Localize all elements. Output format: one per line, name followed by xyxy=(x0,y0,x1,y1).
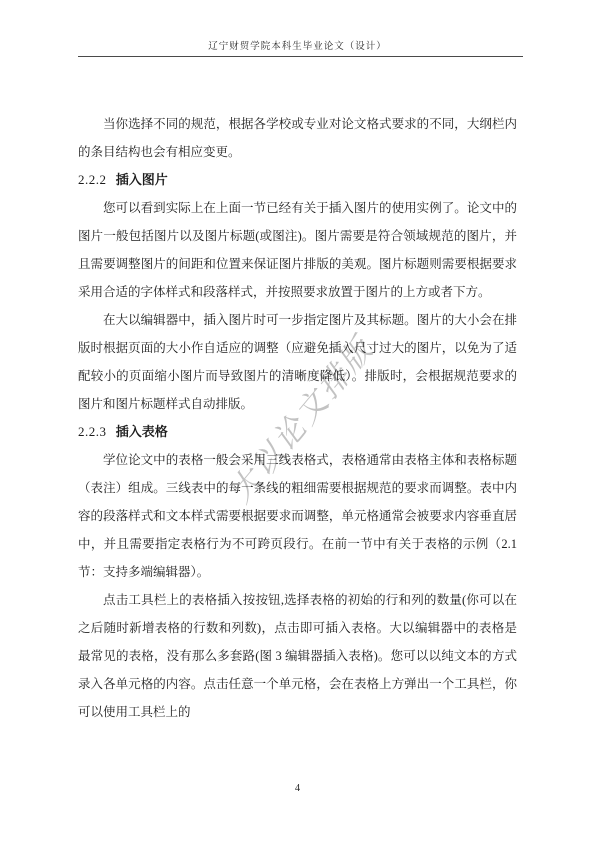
header-title: 辽宁财贸学院本科生毕业论文（设计） xyxy=(208,42,387,52)
section-number: 2.2.2 xyxy=(78,172,107,187)
section-title: 插入图片 xyxy=(116,172,168,187)
document-page: 辽宁财贸学院本科生毕业论文（设计） 大以论文排版 当你选择不同的规范，根据各学校… xyxy=(0,0,595,842)
page-body: 当你选择不同的规范，根据各学校或专业对论文格式要求的不同，大纲栏内的条目结构也会… xyxy=(78,110,517,726)
paragraph-table-1: 学位论文中的表格一般会采用三线表格式，表格通常由表格主体和表格标题（表注）组成。… xyxy=(78,446,517,586)
page-number: 4 xyxy=(295,783,300,794)
paragraph-image-2: 在大以编辑器中，插入图片时可一步指定图片及其标题。图片的大小会在排版时根据页面的… xyxy=(78,306,517,418)
paragraph-image-1: 您可以看到实际上在上面一节已经有关于插入图片的使用实例了。论文中的图片一般包括图… xyxy=(78,194,517,306)
running-header: 辽宁财贸学院本科生毕业论文（设计） xyxy=(78,36,517,54)
header-rule xyxy=(78,56,523,57)
section-heading-insert-table: 2.2.3 插入表格 xyxy=(78,418,517,446)
section-number: 2.2.3 xyxy=(78,424,107,439)
paragraph-table-2: 点击工具栏上的表格插入按按钮,选择表格的初始的行和列的数量(你可以在之后随时新增… xyxy=(78,586,517,726)
section-heading-insert-image: 2.2.2 插入图片 xyxy=(78,166,517,194)
section-title: 插入表格 xyxy=(116,424,168,439)
page-footer: 4 xyxy=(0,778,595,796)
paragraph-intro: 当你选择不同的规范，根据各学校或专业对论文格式要求的不同，大纲栏内的条目结构也会… xyxy=(78,110,517,166)
